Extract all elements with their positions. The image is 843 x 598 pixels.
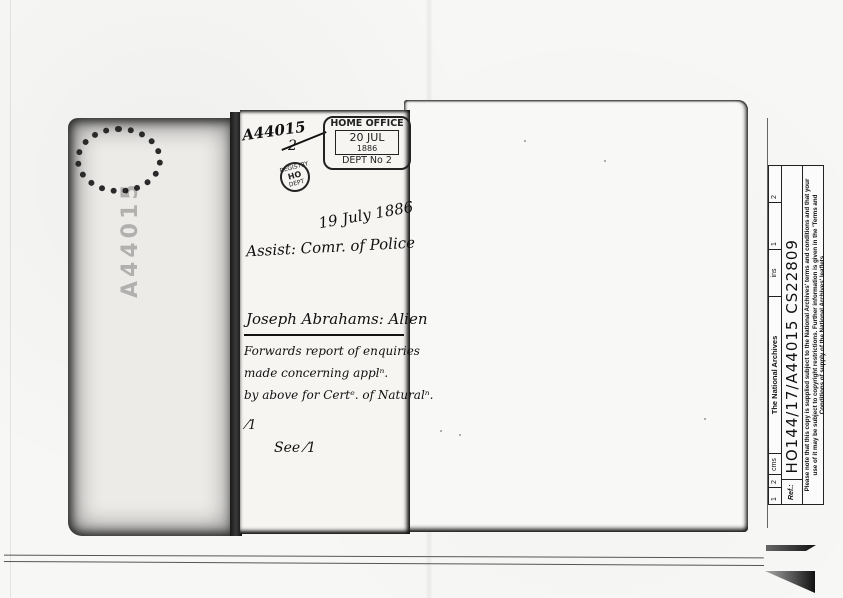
minute-mark: ⁄1 [246,418,256,433]
stamp-year: 1886 [336,144,398,153]
summary-line: by above for Certᵉ. of Naturalⁿ. [244,384,433,406]
see-note: See ⁄1 [274,440,316,456]
scale-one: 1 [769,487,781,504]
stamp-title: HOME OFFICE [325,119,409,129]
file-cover-left: A44015 [68,118,236,536]
stamp-date: 20 JUL [336,132,398,144]
cover-faint-marking: A44015 [118,180,143,298]
scale-unit: cms [769,453,781,474]
home-office-receipt-stamp: HOME OFFICE 20 JUL 1886 DEPT No 2 [323,116,411,170]
stamp-department: DEPT No 2 [325,156,409,166]
stamp-date-box: 20 JUL 1886 [335,130,399,155]
registry-round-stamp: REGISTRY HO DEPT [277,159,314,196]
copyright-notice: Please note that this copy is supplied s… [803,166,828,504]
scale-two: 2 [769,474,781,487]
docket-from: Assist: Comr. of Police [246,234,416,261]
archive-reference: HO144/17/A44015 CS22809 [783,239,801,479]
notice-line: use of it may be subject to copyright re… [812,170,820,500]
scan-edge-line [10,0,11,598]
ins-one: 1 [769,202,781,249]
notice-line: Please note that this copy is supplied s… [804,170,812,500]
label-scale-row: 1 2 cms The National Archives ins 1 2 [769,166,782,504]
file-sub-number: 2 [288,138,297,154]
summary-line: made concerning applⁿ. [244,362,433,384]
subject-rule [244,334,404,336]
national-archives-label: 1 2 cms The National Archives ins 1 2 Re… [768,165,824,505]
docket-page: A44015 2 HOME OFFICE 20 JUL 1886 DEPT No… [240,110,410,534]
docket-summary: Forwards report of enquiries made concer… [244,340,433,406]
notice-line: Conditions of supply of the National Arc… [819,170,827,500]
docket-date: 19 July 1886 [317,198,414,232]
blank-inner-page [404,100,748,532]
ins-label: ins [769,249,781,296]
label-reference-row: Ref.: HO144/17/A44015 CS22809 [782,166,803,504]
reference-label: Ref.: [782,479,802,504]
docket-subject: Joseph Abrahams: Alien [246,310,428,328]
summary-line: Forwards report of enquiries [244,340,433,362]
institution-name: The National Archives [769,296,781,453]
ins-two: 2 [769,166,781,202]
